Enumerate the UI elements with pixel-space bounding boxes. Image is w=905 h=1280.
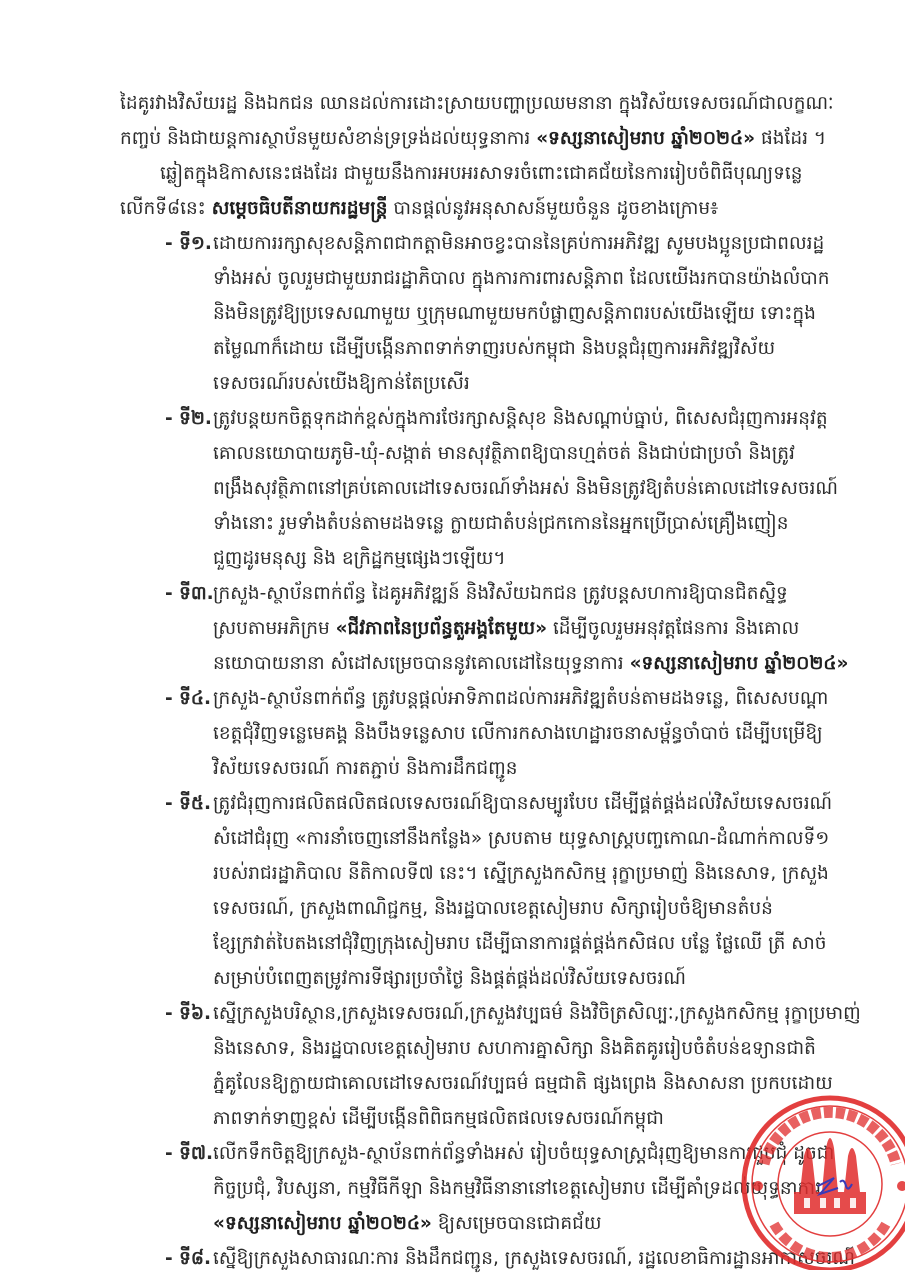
item-4-line: ខេត្តជុំវិញទន្លេមេគង្គ និងបឹងទន្លេសាប លើ… <box>213 719 823 749</box>
item-3-label: - ទី៣. <box>165 579 214 609</box>
item-1-line: និងមិនត្រូវឱ្យប្រទេសណាមួយ ឬក្រុមណាមួយមកប… <box>213 299 816 329</box>
item-5-line: ត្រូវជំរុញការផលិតផលិតផលទេសចរណ៍ឱ្យបានសម្ប… <box>213 789 832 819</box>
item-1-line: ដោយការរក្សាសុខសន្តិភាពជាកត្តាមិនអាចខ្វះប… <box>213 229 824 259</box>
item-7-label: - ទី៧. <box>165 1139 213 1169</box>
item-7-line-3-tail: ឱ្យសម្រេចបានជោគជ័យ <box>438 1213 602 1234</box>
item-2-label: - ទី២. <box>165 404 212 434</box>
item-6-line: ភាពទាក់ទាញខ្ពស់ ដើម្បីបង្កើនពិពិធកម្មផលិ… <box>213 1104 664 1134</box>
para2-line-2: លើកទី៨នេះ សម្ដេចធិបតីនាយករដ្ឋមន្ត្រី បាន… <box>120 194 718 224</box>
campaign-name: «ទស្សនាសៀមរាប ឆ្នាំ២០២៤» <box>536 128 755 149</box>
item-5-line: របស់រាជរដ្ឋាភិបាល នីតិកាលទី៧ នេះ។ ស្នើក្… <box>213 859 829 889</box>
item-2-line: ជួញដូរមនុស្ស និង ឧក្រិដ្ឋកម្មផ្សេងៗឡើយ។ <box>213 544 506 574</box>
para2-line-2-head: លើកទី៨នេះ <box>120 198 206 219</box>
item-3-line-2-tail: ដើម្បីចូលរួមអនុវត្តផែនការ និងគោល <box>553 618 799 639</box>
para2-line-2-tail: បានផ្តល់នូវអនុសាសន៍មួយចំនួន ដូចខាងក្រោម៖ <box>393 198 718 219</box>
item-3-line: ក្រសួង-ស្ថាប័នពាក់ព័ន្ធ ដៃគូអភិវឌ្ឍន៍ និ… <box>213 579 788 609</box>
item-5-line: ខ្សែក្រវាត់បៃតងនៅជុំវិញក្រុងសៀមរាប ដើម្ប… <box>213 929 827 959</box>
item-6-line: និងនេសាទ, និងរដ្ឋបាលខេត្តសៀមរាប សហការគ្ន… <box>213 1034 816 1064</box>
item-2-line: ពង្រឹងសុវត្ថិភាពនៅគ្រប់គោលដៅទេសចរណ៍ទាំងអ… <box>213 474 838 504</box>
document-page: ដៃគូរវាងវិស័យរដ្ឋ និងឯកជន ឈានដល់ការដោះស្… <box>0 0 905 1280</box>
item-3-line-2-head: ស្របតាមអភិក្រម <box>213 618 330 639</box>
intro-line-2-tail: ផងដែរ ។ <box>761 128 826 149</box>
item-4-label: - ទី៤. <box>165 684 211 714</box>
item-7-line: កិច្ចប្រជុំ, វិបស្សនា, កម្មវិធីកីឡា និងក… <box>213 1174 821 1204</box>
item-4-line: ក្រសួង-ស្ថាប័នពាក់ព័ន្ធ ត្រូវបន្តផ្តល់អា… <box>213 684 828 714</box>
item-8-label: - ទី៨. <box>165 1244 211 1274</box>
item-2-line: ទាំងនោះ រួមទាំងតំបន់តាមដងទន្លេ ក្លាយជាតំ… <box>213 509 789 539</box>
item-5-line: សម្រាប់បំពេញតម្រូវការទីផ្សារប្រចាំថ្ងៃ ន… <box>213 964 686 994</box>
item-5-label: - ទី៥. <box>165 789 211 819</box>
item-1-line: ទាំងអស់ ចូលរួមជាមួយរាជរដ្ឋាភិបាល ក្នុងកា… <box>213 264 830 294</box>
item-7-campaign-name: «ទស្សនាសៀមរាប ឆ្នាំ២០២៤» <box>213 1213 432 1234</box>
item-1-line: ទេសចរណ៍របស់យើងឱ្យកាន់តែប្រសើរ <box>213 369 470 399</box>
item-4-line: វិស័យទេសចរណ៍ ការតភ្ជាប់ និងការដឹកជញ្ជូន <box>213 754 517 784</box>
item-3-campaign-name: «ទស្សនាសៀមរាប ឆ្នាំ២០២៤» <box>630 653 849 674</box>
item-1-line: តម្លៃណាក៏ដោយ ដើម្បីបង្កើនភាពទាក់ទាញរបស់ក… <box>213 334 775 364</box>
item-3-approach-name: «ជីវភាពនៃប្រព័ន្ធតួអង្គតែមួយ» <box>336 618 547 639</box>
item-5-line: សំដៅជំរុញ «ការនាំចេញនៅនឹងកន្លែង» ស្របតាម… <box>213 824 829 854</box>
item-2-line: គោលនយោបាយភូមិ-ឃុំ-សង្កាត់ មានសុវត្ថិភាពឱ… <box>213 439 795 469</box>
item-5-line: ទេសចរណ៍, ក្រសួងពាណិជ្ជកម្ម, និងរដ្ឋបាលខេ… <box>213 894 773 924</box>
intro-line-2-text: កញ្ចប់ និងជាយន្តការស្ថាប័នមួយសំខាន់ទ្រទ្… <box>120 128 530 149</box>
intro-line-2: កញ្ចប់ និងជាយន្តការស្ថាប័នមួយសំខាន់ទ្រទ្… <box>120 124 826 154</box>
item-3-line-3-head: នយោបាយនានា សំដៅសម្រេចបាននូវគោលដៅនៃយុទ្ធន… <box>213 653 624 674</box>
official-stamp <box>734 1074 905 1270</box>
item-6-label: - ទី៦. <box>165 999 211 1029</box>
intro-line-1: ដៃគូរវាងវិស័យរដ្ឋ និងឯកជន ឈានដល់ការដោះស្… <box>120 89 834 119</box>
item-2-line: ត្រូវបន្តយកចិត្តទុកដាក់ខ្ពស់ក្នុងការថែរក… <box>213 404 828 434</box>
para2-line-1: ឆ្លៀតក្នុងឱកាសនេះផងដែរ ជាមួយនឹងការអបអរសា… <box>160 159 803 189</box>
item-6-line: ស្នើក្រសួងបរិស្ថាន,ក្រសួងទេសចរណ៍,ក្រសួងវ… <box>213 999 861 1029</box>
ministry-seal-icon <box>734 1074 905 1270</box>
item-3-line: ស្របតាមអភិក្រម «ជីវភាពនៃប្រព័ន្ធតួអង្គតែ… <box>213 614 799 644</box>
item-1-label: - ទី១. <box>165 229 212 259</box>
item-7-line: «ទស្សនាសៀមរាប ឆ្នាំ២០២៤» ឱ្យសម្រេចបានជោគ… <box>213 1209 601 1239</box>
item-3-line: នយោបាយនានា សំដៅសម្រេចបាននូវគោលដៅនៃយុទ្ធន… <box>213 649 848 679</box>
prime-minister-title: សម្ដេចធិបតីនាយករដ្ឋមន្ត្រី <box>212 198 388 219</box>
